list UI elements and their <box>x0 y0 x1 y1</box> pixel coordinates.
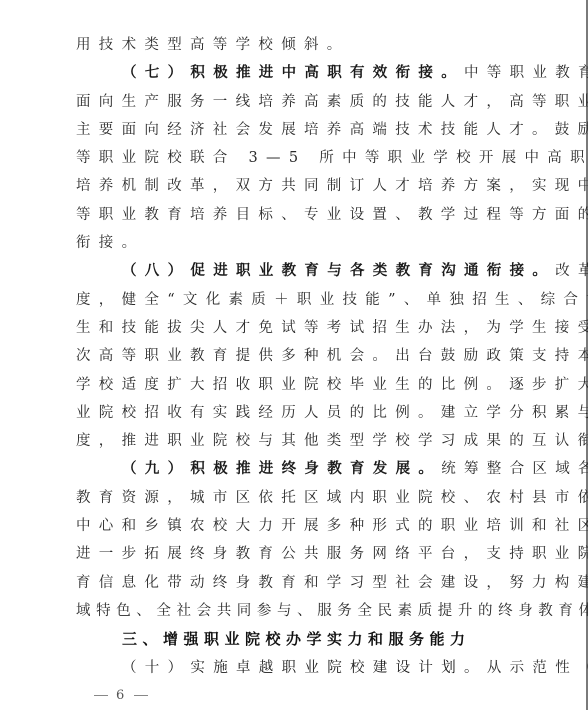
line-text: 统筹整合区域各类优质 <box>441 461 588 477</box>
line-text: 用技术类型高等学校倾斜。 <box>76 37 350 53</box>
line-text: 中心和乡镇农校大力开展多种形式的职业培训和社区教育。 <box>76 518 588 534</box>
paragraph-line: 育信息化带动终身教育和学习型社会建设，努力构建具有区 <box>76 569 516 597</box>
paragraph-line: 等职业院校联合 3—5 所中等职业学校开展中高职衔接人才 <box>76 144 516 172</box>
paragraph-line: 用技术类型高等学校倾斜。 <box>76 31 516 59</box>
paragraph-9-start: （九）积极推进终身教育发展。统筹整合区域各类优质 <box>76 455 516 483</box>
paragraph-lead-7: （七）积极推进中高职有效衔接。 <box>122 64 464 81</box>
paragraph-line: 等职业教育培养目标、专业设置、教学过程等方面的有机 <box>76 201 516 229</box>
line-text: 等职业院校联合 3—5 所中等职业学校开展中高职衔接人才 <box>76 150 588 166</box>
paragraph-10-start: （十）实施卓越职业院校建设计划。从示范性（骨干） <box>76 654 516 682</box>
page-number: 6 <box>86 688 156 703</box>
line-text: 从示范性（骨干） <box>487 660 588 676</box>
line-text: 面向生产服务一线培养高素质的技能人才，高等职业教育应 <box>76 94 588 110</box>
paragraph-line: 业院校招收有实践经历人员的比例。建立学分积累与转换制 <box>76 399 516 427</box>
paragraph-8-start: （八）促进职业教育与各类教育沟通衔接。改革招生制 <box>76 257 516 285</box>
section-heading: 三、增强职业院校办学实力和服务能力 <box>76 625 516 653</box>
line-text: 主要面向经济社会发展培养高端技术技能人才。鼓励 1 所高 <box>76 122 588 138</box>
line-text: 衔接。 <box>76 235 144 251</box>
paragraph-line: 主要面向经济社会发展培养高端技术技能人才。鼓励 1 所高 <box>76 116 516 144</box>
line-text: 度，健全“文化素质＋职业技能”、单独招生、综合评价招 <box>76 292 588 308</box>
line-text: 业院校招收有实践经历人员的比例。建立学分积累与转换制 <box>76 405 588 421</box>
line-text: 学校适度扩大招收职业院校毕业生的比例。逐步扩大高等职 <box>76 377 588 393</box>
line-text: 教育资源，城市区依托区域内职业院校、农村县市依托职教 <box>76 490 588 506</box>
line-text: 次高等职业教育提供多种机会。出台鼓励政策支持本科高等 <box>76 348 588 364</box>
paragraph-lead-9: （九）积极推进终身教育发展。 <box>122 460 441 477</box>
line-text: 进一步拓展终身教育公共服务网络平台，支持职业院校以教 <box>76 546 588 562</box>
dash-right <box>134 695 148 696</box>
paragraph-line: 衔接。 <box>76 229 516 257</box>
line-text: 改革招生制 <box>555 263 588 279</box>
paragraph-line: 进一步拓展终身教育公共服务网络平台，支持职业院校以教 <box>76 540 516 568</box>
paragraph-lead-10: （十）实施卓越职业院校建设计划。 <box>122 660 487 676</box>
document-page: 用技术类型高等学校倾斜。 （七）积极推进中高职有效衔接。中等职业教育应主要 面向… <box>76 31 516 682</box>
line-text: 等职业教育培养目标、专业设置、教学过程等方面的有机 <box>76 207 588 223</box>
paragraph-line: 教育资源，城市区依托区域内职业院校、农村县市依托职教 <box>76 484 516 512</box>
dash-left <box>94 695 108 696</box>
line-text: 中等职业教育应主要 <box>464 65 588 81</box>
paragraph-line: 面向生产服务一线培养高素质的技能人才，高等职业教育应 <box>76 88 516 116</box>
paragraph-line: 生和技能拔尖人才免试等考试招生办法，为学生接受不同层 <box>76 314 516 342</box>
line-text: 生和技能拔尖人才免试等考试招生办法，为学生接受不同层 <box>76 320 588 336</box>
paragraph-line: 培养机制改革，双方共同制订人才培养方案，实现中等和高 <box>76 172 516 200</box>
paragraph-line: 中心和乡镇农校大力开展多种形式的职业培训和社区教育。 <box>76 512 516 540</box>
paragraph-line: 学校适度扩大招收职业院校毕业生的比例。逐步扩大高等职 <box>76 371 516 399</box>
line-text: 培养机制改革，双方共同制订人才培养方案，实现中等和高 <box>76 178 588 194</box>
line-text: 度，推进职业院校与其他类型学校学习成果的互认衔接。 <box>76 433 588 449</box>
paragraph-line: 度，推进职业院校与其他类型学校学习成果的互认衔接。 <box>76 427 516 455</box>
paragraph-line: 域特色、全社会共同参与、服务全民素质提升的终身教育体系。 <box>76 597 516 625</box>
line-text: 域特色、全社会共同参与、服务全民素质提升的终身教育体系。 <box>76 603 588 619</box>
line-text: 育信息化带动终身教育和学习型社会建设，努力构建具有区 <box>76 575 588 591</box>
paragraph-line: 度，健全“文化素质＋职业技能”、单独招生、综合评价招 <box>76 286 516 314</box>
paragraph-lead-8: （八）促进职业教育与各类教育沟通衔接。 <box>122 262 555 279</box>
paragraph-line: 次高等职业教育提供多种机会。出台鼓励政策支持本科高等 <box>76 342 516 370</box>
page-number-value: 6 <box>116 688 126 703</box>
paragraph-7-start: （七）积极推进中高职有效衔接。中等职业教育应主要 <box>76 59 516 87</box>
